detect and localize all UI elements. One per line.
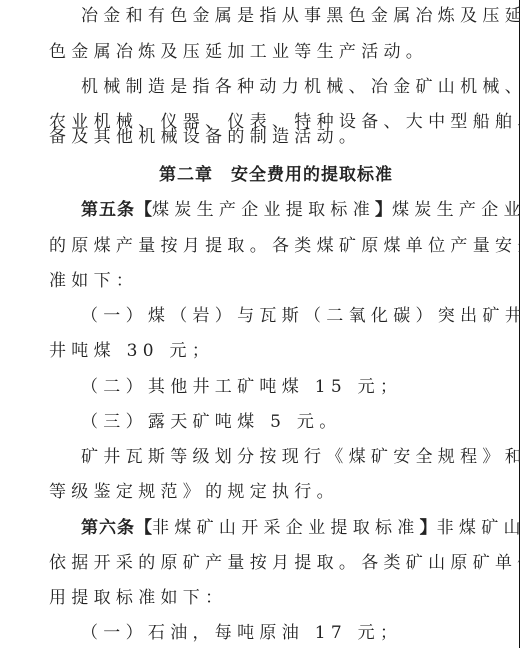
article-6-line: 第六条【非煤矿山开采企业提取标准】非煤矿山开采企业 xyxy=(81,518,520,538)
bracket-open: 【 xyxy=(135,518,152,538)
paragraph-line: 备及其他机械设备的制造活动。 xyxy=(49,127,361,147)
paragraph-line: 色金属冶炼及压延加工业等生产活动。 xyxy=(49,42,428,62)
article-6-line: 用提取标准如下： xyxy=(49,588,227,608)
list-item: （二）其他井工矿吨煤 15 元； xyxy=(81,377,402,397)
article-6-label: 第六条 xyxy=(81,518,135,538)
note-line: 等级鉴定规范》的规定执行。 xyxy=(49,482,339,502)
note-line: 矿井瓦斯等级划分按现行《煤矿安全规程》和《矿井瓦斯 xyxy=(81,447,520,467)
article-5-line: 准如下： xyxy=(49,271,138,291)
bracket-close: 】 xyxy=(375,200,392,220)
article-5-line: 第五条【煤炭生产企业提取标准】煤炭生产企业依据开采 xyxy=(81,200,520,220)
article-5-text: 煤炭生产企业依据开采 xyxy=(392,200,520,220)
paragraph-line: 机械制造是指各种动力机械、冶金矿山机械、运输机械、 xyxy=(81,77,520,97)
list-item: （三）露天矿吨煤 5 元。 xyxy=(81,412,342,432)
article-5-title: 煤炭生产企业提取标准 xyxy=(152,200,375,220)
paragraph-line: 冶金和有色金属是指从事黑色金属冶炼及压延加工业、有 xyxy=(81,6,520,26)
chapter-heading: 第二章 安全费用的提取标准 xyxy=(159,165,393,185)
article-6-title: 非煤矿山开采企业提取标准 xyxy=(152,518,420,538)
list-item: 井吨煤 30 元； xyxy=(49,341,214,361)
list-item: （一）煤（岩）与瓦斯（二氧化碳）突出矿井、高瓦斯矿 xyxy=(81,306,520,326)
article-6-text: 非煤矿山开采企业 xyxy=(437,518,520,538)
list-item: （一）石油，每吨原油 17 元； xyxy=(81,623,402,643)
article-6-line: 依据开采的原矿产量按月提取。各类矿山原矿单位产量安全费 xyxy=(49,553,520,573)
bracket-open: 【 xyxy=(135,200,152,220)
article-5-line: 的原煤产量按月提取。各类煤矿原煤单位产量安全费用提取标 xyxy=(49,236,520,256)
article-5-label: 第五条 xyxy=(81,200,135,220)
bracket-close: 】 xyxy=(420,518,437,538)
